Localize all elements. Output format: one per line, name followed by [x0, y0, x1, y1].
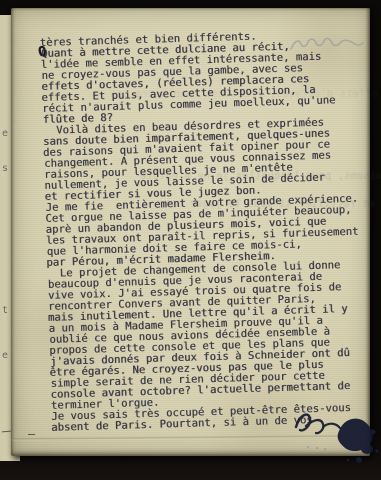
underlying-page-text-fragment: e	[2, 128, 8, 139]
handwritten-word	[296, 415, 340, 434]
underlying-page-text-fragment: e	[2, 350, 8, 361]
margin-dash-mark	[28, 434, 35, 435]
scanned-letter: este raisons, pour lesquelles je ne m'en…	[0, 0, 381, 480]
letter-text: Q tères tranchés et bien différents.Quan…	[40, 28, 381, 434]
ink-scrawl-annotation	[290, 403, 380, 467]
pencil-scrawl-annotation	[289, 35, 365, 55]
ink-blot	[338, 419, 379, 463]
underlying-page-text-fragment: t	[2, 305, 8, 316]
underlying-page-text-fragment: s	[2, 163, 8, 174]
ink-specks	[307, 446, 326, 450]
